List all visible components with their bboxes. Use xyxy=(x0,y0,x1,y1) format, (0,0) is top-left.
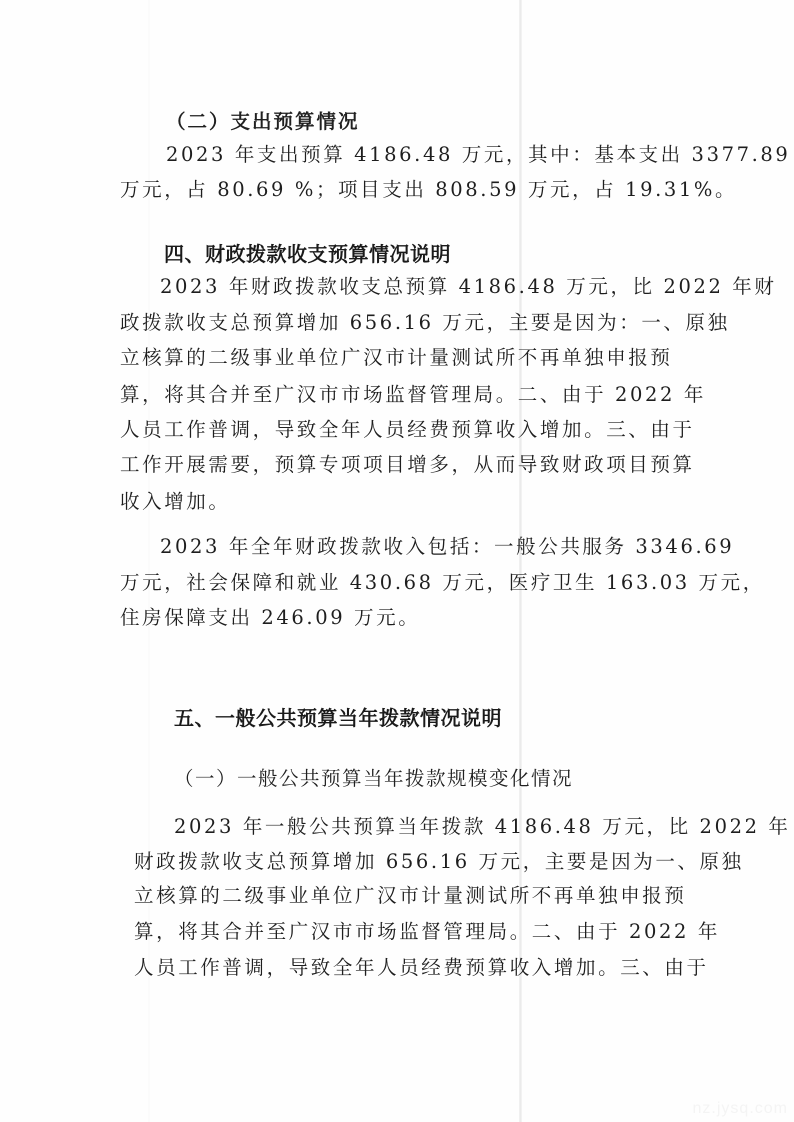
paragraph-line: 人员工作普调，导致全年人员经费预算收入增加。三、由于 xyxy=(120,418,695,442)
paragraph-line: 住房保障支出 246.09 万元。 xyxy=(120,606,420,630)
scan-crease-left xyxy=(148,0,150,1122)
paragraph-line: 收入增加。 xyxy=(120,490,231,514)
paragraph-line: 立核算的二级事业单位广汉市计量测试所不再单独申报预 xyxy=(134,884,687,908)
paragraph-line: 立核算的二级事业单位广汉市计量测试所不再单独申报预 xyxy=(120,346,673,370)
scan-crease xyxy=(519,0,522,1122)
paragraph-line: 万元，占 80.69 %；项目支出 808.59 万元，占 19.31%。 xyxy=(120,178,737,202)
section-heading-expenditure-budget: （二）支出预算情况 xyxy=(166,110,360,134)
paragraph-line: 财政拨款收支总预算增加 656.16 万元，主要是因为一、原独 xyxy=(134,850,744,874)
paragraph-line: 万元，社会保障和就业 430.68 万元，医疗卫生 163.03 万元， xyxy=(120,571,765,595)
section-heading-fiscal-appropriation: 四、财政拨款收支预算情况说明 xyxy=(164,242,451,266)
paragraph-line: 2023 年支出预算 4186.48 万元，其中：基本支出 3377.89 xyxy=(166,143,790,167)
document-page: （二）支出预算情况 2023 年支出预算 4186.48 万元，其中：基本支出 … xyxy=(0,0,794,1122)
paragraph-line: 工作开展需要，预算专项项目增多，从而导致财政项目预算 xyxy=(120,453,695,477)
subsection-heading-scale-change: （一）一般公共预算当年拨款规模变化情况 xyxy=(174,767,573,791)
paragraph-line: 算，将其合并至广汉市市场监督管理局。二、由于 2022 年 xyxy=(134,920,720,944)
paragraph-line: 2023 年全年财政拨款收入包括：一般公共服务 3346.69 xyxy=(160,535,734,559)
paragraph-line: 2023 年一般公共预算当年拨款 4186.48 万元，比 2022 年 xyxy=(174,815,790,839)
watermark: nz.jysq.com xyxy=(693,1100,788,1118)
section-heading-general-public-budget: 五、一般公共预算当年拨款情况说明 xyxy=(174,706,502,730)
paragraph-line: 2023 年财政拨款收支总预算 4186.48 万元，比 2022 年财 xyxy=(160,275,776,299)
paragraph-line: 人员工作普调，导致全年人员经费预算收入增加。三、由于 xyxy=(134,956,709,980)
paragraph-line: 算，将其合并至广汉市市场监督管理局。二、由于 2022 年 xyxy=(120,383,706,407)
paragraph-line: 政拨款收支总预算增加 656.16 万元，主要是因为：一、原独 xyxy=(120,311,730,335)
